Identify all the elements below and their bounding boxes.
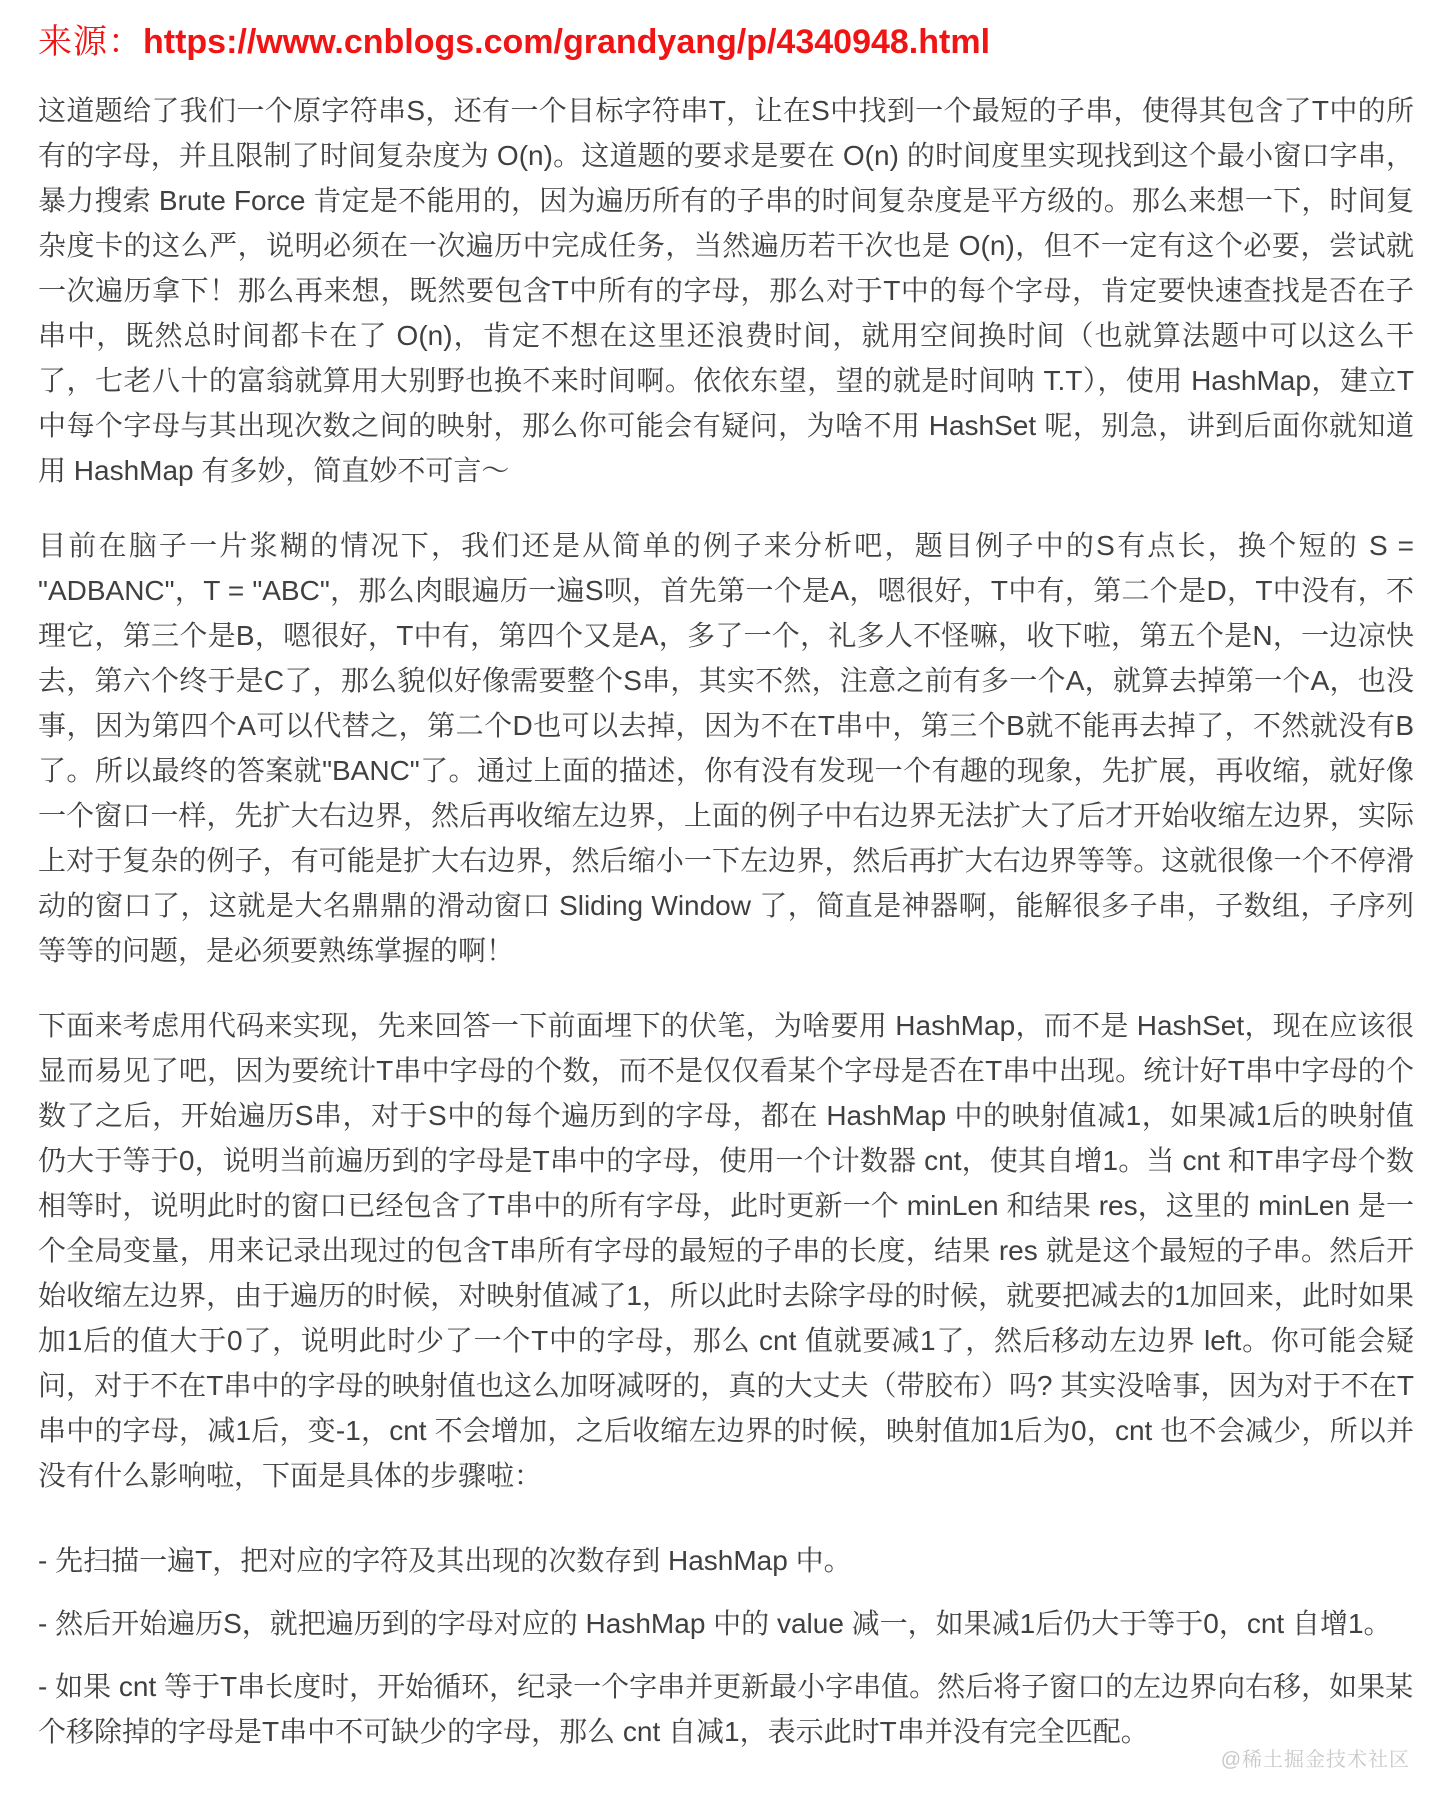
article-paragraph: 下面来考虑用代码来实现，先来回答一下前面埋下的伏笔，为啥要用 HashMap，而…: [38, 1003, 1414, 1498]
steps-list: - 先扫描一遍T，把对应的字符及其出现的次数存到 HashMap 中。 - 然后…: [38, 1538, 1414, 1754]
article-paragraph: 目前在脑子一片浆糊的情况下，我们还是从简单的例子来分析吧，题目例子中的S有点长，…: [38, 523, 1414, 973]
source-line: 来源：https://www.cnblogs.com/grandyang/p/4…: [38, 20, 1414, 64]
step-item: - 如果 cnt 等于T串长度时，开始循环，纪录一个字串并更新最小字串值。然后将…: [38, 1664, 1414, 1754]
article-body: 这道题给了我们一个原字符串S，还有一个目标字符串T，让在S中找到一个最短的子串，…: [38, 88, 1414, 1754]
source-label: 来源：: [38, 23, 143, 61]
source-link[interactable]: https://www.cnblogs.com/grandyang/p/4340…: [143, 23, 990, 61]
article-paragraph: 这道题给了我们一个原字符串S，还有一个目标字符串T，让在S中找到一个最短的子串，…: [38, 88, 1414, 493]
step-item: - 先扫描一遍T，把对应的字符及其出现的次数存到 HashMap 中。: [38, 1538, 1414, 1583]
step-item: - 然后开始遍历S，就把遍历到的字母对应的 HashMap 中的 value 减…: [38, 1601, 1414, 1646]
